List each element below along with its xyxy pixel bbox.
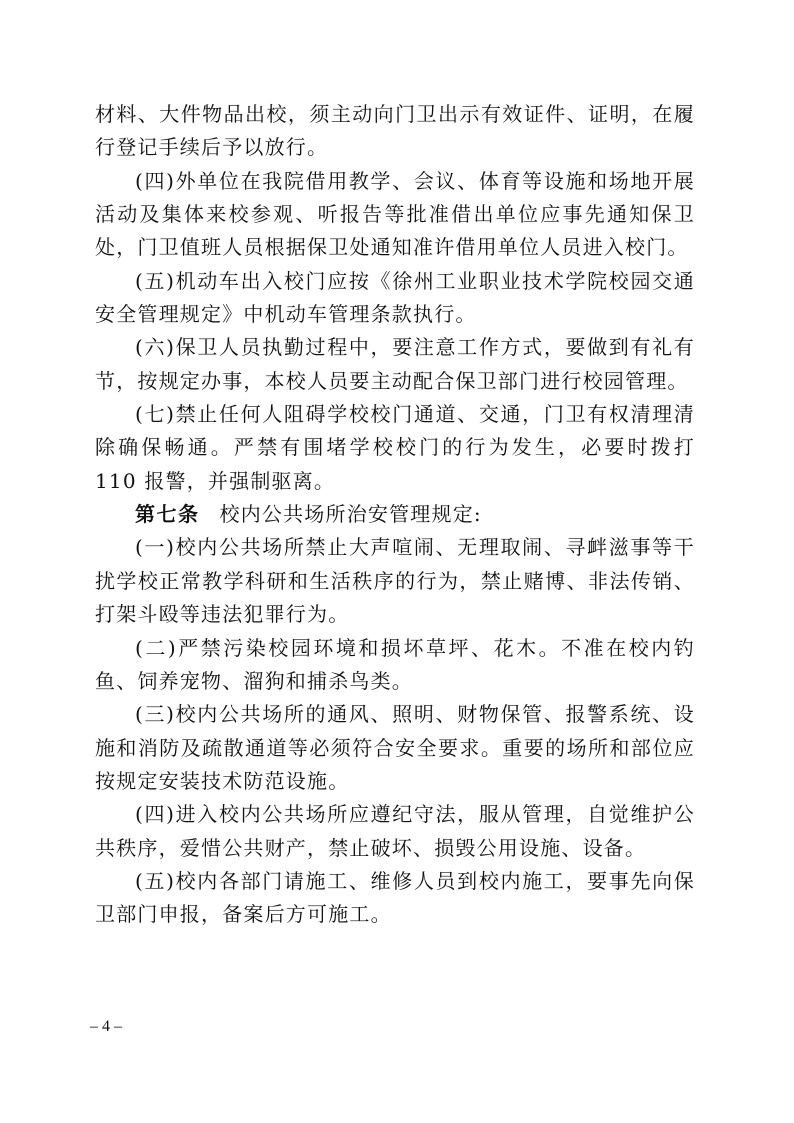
article-item-4: (四)进入校内公共场所应遵纪守法，服从管理，自觉维护公共秩序，爱惜公共财产，禁止… <box>95 798 695 865</box>
document-page: 材料、大件物品出校，须主动向门卫出示有效证件、证明，在履行登记手续后予以放行。 … <box>0 0 794 1123</box>
paragraph-continuation: 材料、大件物品出校，须主动向门卫出示有效证件、证明，在履行登记手续后予以放行。 <box>95 98 695 165</box>
article-item-3: (三)校内公共场所的通风、照明、财物保管、报警系统、设施和消防及疏散通道等必须符… <box>95 698 695 798</box>
paragraph-item-4: (四)外单位在我院借用教学、会议、体育等设施和场地开展活动及集体来校参观、听报告… <box>95 165 695 265</box>
article-item-5: (五)校内各部门请施工、维修人员到校内施工，要事先向保卫部门申报，备案后方可施工… <box>95 865 695 932</box>
paragraph-item-6: (六)保卫人员执勤过程中，要注意工作方式，要做到有礼有节，按规定办事，本校人员要… <box>95 331 695 398</box>
article-title: 校内公共场所治安管理规定: <box>220 502 482 526</box>
article-heading: 第七条校内公共场所治安管理规定: <box>95 498 695 531</box>
article-label: 第七条 <box>135 502 200 526</box>
paragraph-item-7: (七)禁止任何人阻碍学校校门通道、交通，门卫有权清理清除确保畅通。严禁有围堵学校… <box>95 398 695 498</box>
article-item-2: (二)严禁污染校园环境和损坏草坪、花木。不准在校内钓鱼、饲养宠物、溜狗和捕杀鸟类… <box>95 632 695 699</box>
article-item-1: (一)校内公共场所禁止大声喧闹、无理取闹、寻衅滋事等干扰学校正常教学科研和生活秩… <box>95 531 695 631</box>
paragraph-item-5: (五)机动车出入校门应按《徐州工业职业技术学院校园交通安全管理规定》中机动车管理… <box>95 265 695 332</box>
page-number: – 4 – <box>90 1018 122 1036</box>
document-body: 材料、大件物品出校，须主动向门卫出示有效证件、证明，在履行登记手续后予以放行。 … <box>95 98 695 932</box>
